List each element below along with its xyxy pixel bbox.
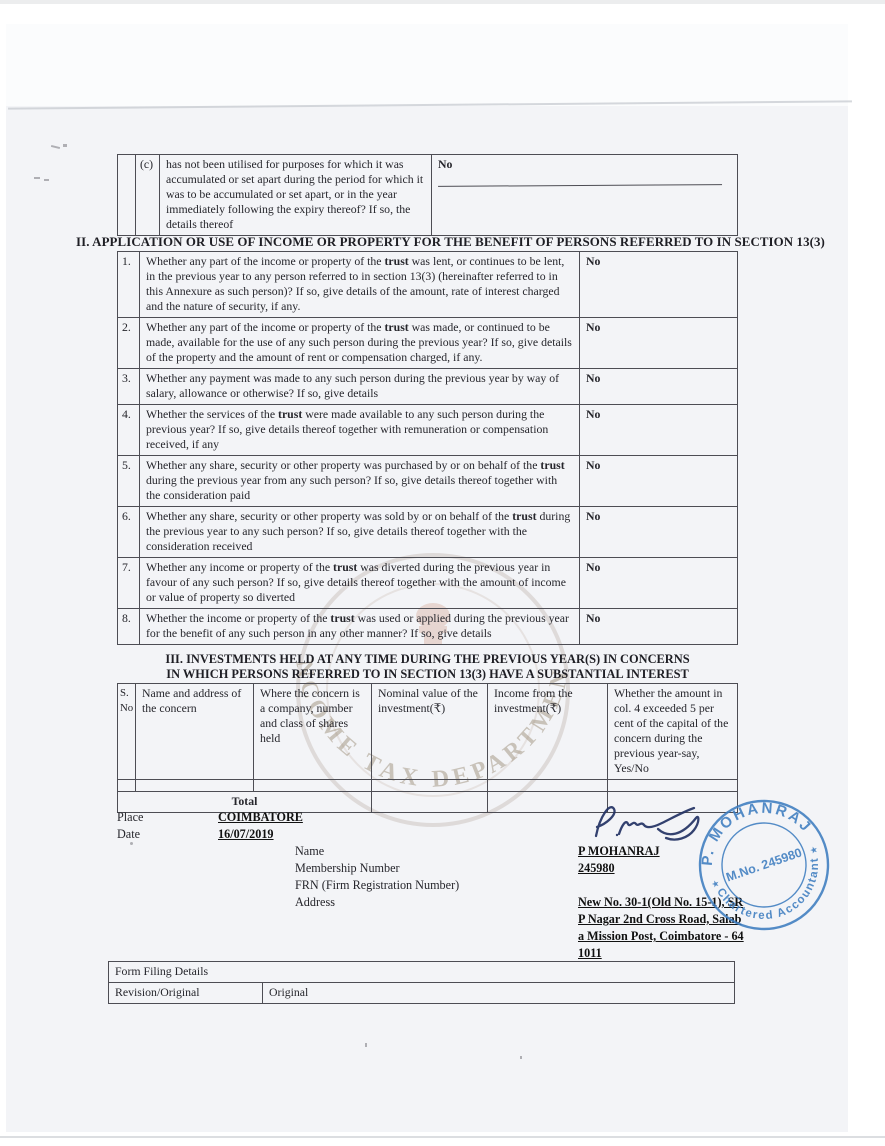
- filing-row-label: Revision/Original: [109, 983, 263, 1004]
- column-header-sno: S. No: [118, 684, 136, 780]
- empty-data-row: [118, 780, 738, 792]
- answer-cell: No: [580, 252, 738, 318]
- section2-table: 1. Whether any part of the income or pro…: [117, 251, 738, 645]
- stamp-star-left: ★: [710, 878, 721, 890]
- section2-heading: II. APPLICATION OR USE OF INCOME OR PROP…: [76, 235, 825, 250]
- row-number: 5.: [118, 456, 140, 507]
- section3-heading-line1: III. INVESTMENTS HELD AT ANY TIME DURING…: [117, 652, 738, 667]
- row-c-answer: No: [438, 157, 452, 171]
- pencil-mark: [44, 179, 49, 181]
- scan-sheet-top-margin: [6, 24, 848, 106]
- scan-bottom-edge: [0, 1136, 885, 1138]
- question-cell: Whether any payment was made to any such…: [140, 369, 580, 405]
- column-header-nominal-value: Nominal value of the investment(₹): [372, 684, 488, 780]
- answer-cell: No: [580, 369, 738, 405]
- pencil-mark: [34, 177, 40, 179]
- scan-top-edge: [0, 0, 885, 4]
- answer-cell: No: [580, 456, 738, 507]
- answer-cell: No: [580, 609, 738, 645]
- membership-value: 245980: [578, 860, 660, 877]
- scanned-document-page: INCOME TAX DEPARTMENT (c) has not been u…: [0, 0, 885, 1146]
- table-row: 1. Whether any part of the income or pro…: [118, 252, 738, 318]
- question-cell: Whether any share, security or other pro…: [140, 456, 580, 507]
- continuation-table: (c) has not been utilised for purposes f…: [117, 154, 738, 236]
- row-c-label: (c): [136, 155, 160, 236]
- column-header-income: Income from the investment(₹): [488, 684, 608, 780]
- signoff-labels: Name Membership Number FRN (Firm Registr…: [295, 843, 459, 911]
- column-header-whether-exceeded: Whether the amount in col. 4 exceeded 5 …: [608, 684, 738, 780]
- place-value: COIMBATORE: [218, 810, 303, 825]
- ink-speck: [520, 1056, 522, 1059]
- row-number: 2.: [118, 318, 140, 369]
- answer-underline: [438, 171, 722, 187]
- row-c-question: has not been utilised for purposes for w…: [160, 155, 432, 236]
- answer-cell: No: [580, 405, 738, 456]
- row-number: 1.: [118, 252, 140, 318]
- membership-label: Membership Number: [295, 860, 459, 877]
- signature: [588, 796, 706, 852]
- question-cell: Whether the services of the trust were m…: [140, 405, 580, 456]
- stamp-star-right: ★: [808, 844, 819, 856]
- answer-cell: No: [580, 507, 738, 558]
- table-row: 6. Whether any share, security or other …: [118, 507, 738, 558]
- name-label: Name: [295, 843, 459, 860]
- ink-speck: [130, 842, 133, 845]
- question-cell: Whether any share, security or other pro…: [140, 507, 580, 558]
- chartered-accountant-stamp: P. MOHANRAJ Chartered Accountant M.No. 2…: [690, 790, 838, 940]
- section3-heading: III. INVESTMENTS HELD AT ANY TIME DURING…: [117, 652, 738, 682]
- address-label: Address: [295, 894, 459, 911]
- row-number: 6.: [118, 507, 140, 558]
- form-filing-table: Form Filing Details Revision/Original Or…: [108, 961, 735, 1004]
- address-line: 1011: [578, 945, 744, 962]
- table-row: 8. Whether the income or property of the…: [118, 609, 738, 645]
- table-row: 7. Whether any income or property of the…: [118, 558, 738, 609]
- section3-heading-line2: IN WHICH PERSONS REFERRED TO IN SECTION …: [117, 667, 738, 682]
- column-header-where-concern: Where the concern is a company, number a…: [254, 684, 372, 780]
- table-header-row: S. No Name and address of the concern Wh…: [118, 684, 738, 780]
- table-row: 4. Whether the services of the trust wer…: [118, 405, 738, 456]
- pencil-mark: [63, 144, 67, 147]
- place-label: Place: [117, 810, 143, 825]
- question-cell: Whether any part of the income or proper…: [140, 318, 580, 369]
- question-cell: Whether the income or property of the tr…: [140, 609, 580, 645]
- table-row: 5. Whether any share, security or other …: [118, 456, 738, 507]
- section3-table: S. No Name and address of the concern Wh…: [117, 683, 738, 813]
- continuation-blank-cell: [118, 155, 136, 236]
- date-value: 16/07/2019: [218, 827, 274, 842]
- row-number: 4.: [118, 405, 140, 456]
- row-number: 7.: [118, 558, 140, 609]
- row-number: 8.: [118, 609, 140, 645]
- filing-row-value: Original: [263, 983, 735, 1004]
- ink-speck: [365, 1043, 367, 1047]
- question-cell: Whether any income or property of the tr…: [140, 558, 580, 609]
- column-header-name-address: Name and address of the concern: [136, 684, 254, 780]
- row-c-answer-cell: No: [432, 155, 738, 236]
- row-number: 3.: [118, 369, 140, 405]
- answer-cell: No: [580, 318, 738, 369]
- frn-label: FRN (Firm Registration Number): [295, 877, 459, 894]
- table-row: 3. Whether any payment was made to any s…: [118, 369, 738, 405]
- table-row: 2. Whether any part of the income or pro…: [118, 318, 738, 369]
- answer-cell: No: [580, 558, 738, 609]
- stamp-membership-number: M.No. 245980: [724, 845, 803, 884]
- filing-title-row: Form Filing Details: [109, 962, 735, 983]
- filing-title: Form Filing Details: [109, 962, 735, 983]
- date-label: Date: [117, 827, 140, 842]
- filing-data-row: Revision/Original Original: [109, 983, 735, 1004]
- question-cell: Whether any part of the income or proper…: [140, 252, 580, 318]
